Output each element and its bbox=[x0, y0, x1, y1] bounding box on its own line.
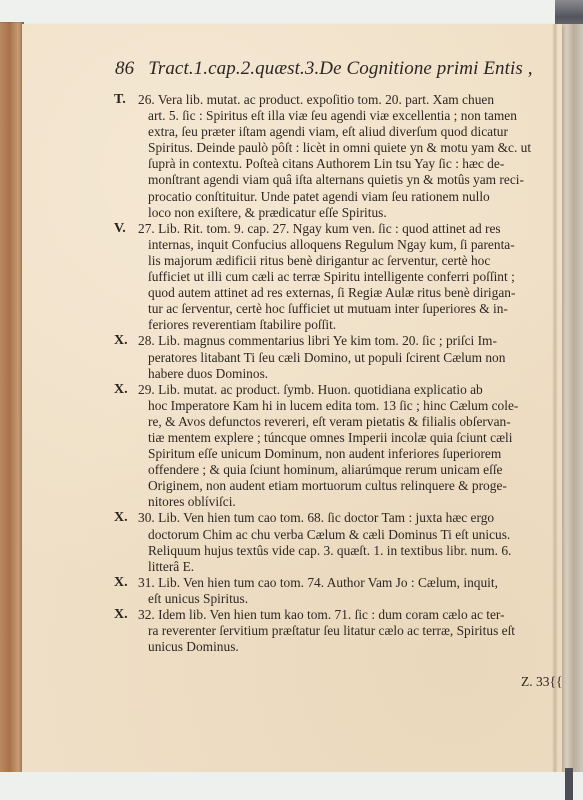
entry-line: ra reverenter ſervitium præſtatur ſeu li… bbox=[148, 623, 578, 639]
catchword: Z. 33{{ bbox=[521, 674, 562, 690]
scan-background-top bbox=[0, 0, 583, 24]
entry-line: ſufficiet ut illi cum cæli ac terræ Spir… bbox=[148, 269, 578, 285]
entry-32: X. 32. Idem lib. Ven hien tum kao tom. 7… bbox=[138, 607, 578, 655]
entry-line: eſt unicus Spiritus. bbox=[148, 591, 578, 607]
entry-line: 26. Vera lib. mutat. ac product. expoſit… bbox=[138, 92, 578, 108]
entry-marker: T. bbox=[114, 92, 126, 108]
entry-line: extra, ſeu præter iſtam agendi viam, eſt… bbox=[148, 124, 578, 140]
entry-26: T. 26. Vera lib. mutat. ac product. expo… bbox=[138, 92, 578, 221]
entry-line: art. 5. ſic : Spiritus eſt illa viæ ſeu … bbox=[148, 108, 578, 124]
entry-line: offendere ; & quia ſciunt hominum, aliar… bbox=[148, 462, 578, 478]
entry-line: litterâ E. bbox=[148, 559, 578, 575]
entry-line: Spiritus. Deinde paulò pôſt : licèt in o… bbox=[148, 140, 578, 156]
entry-line: habere duos Dominos. bbox=[148, 366, 578, 382]
entry-marker: X. bbox=[114, 607, 128, 623]
entry-29: X. 29. Lib. mutat. ac product. ſymb. Huo… bbox=[138, 382, 578, 511]
book-page-edges bbox=[0, 22, 24, 774]
scan-background-bottom bbox=[0, 772, 583, 800]
entry-30: X. 30. Lib. Ven hien tum cao tom. 68. ſi… bbox=[138, 510, 578, 574]
entry-line: loco non exiſtere, & prædicatur eſſe Spi… bbox=[148, 205, 578, 221]
entry-line: 31. Lib. Ven hien tum cao tom. 74. Autho… bbox=[138, 575, 578, 591]
entry-marker: X. bbox=[114, 333, 128, 349]
entry-marker: V. bbox=[114, 221, 126, 237]
entry-line: Spiritum eſſe unicum Dominum, non audent… bbox=[148, 446, 578, 462]
page-number: 86 bbox=[115, 58, 134, 79]
running-head-title: Tract.1.cap.2.quæst.3.De Cognitione prim… bbox=[148, 58, 532, 79]
entry-line: tiæ mentem explere ; túncque omnes Imper… bbox=[148, 430, 578, 446]
entry-line: 30. Lib. Ven hien tum cao tom. 68. ſic d… bbox=[138, 510, 578, 526]
entry-line: doctorum Chim ac chu verba Cælum & cæli … bbox=[148, 527, 578, 543]
entry-line: monſtrant agendi viam quâ iſta alternans… bbox=[148, 172, 578, 188]
running-head: 86Tract.1.cap.2.quæst.3.De Cognitione pr… bbox=[115, 58, 575, 80]
entry-line: 28. Lib. magnus commentarius libri Ye ki… bbox=[138, 333, 578, 349]
entry-line: feriores reverentiam ſtabilire poſſit. bbox=[148, 317, 578, 333]
entry-27: V. 27. Lib. Rit. tom. 9. cap. 27. Ngay k… bbox=[138, 221, 578, 334]
entry-line: peratores litabant Ti ſeu cæli Domino, u… bbox=[148, 350, 578, 366]
entry-line: Originem, non audent etiam mortuorum cul… bbox=[148, 478, 578, 494]
entry-line: tur ac ſerventur, certè hoc ſufficiet ut… bbox=[148, 301, 578, 317]
entry-line: re, & Avos defunctos revereri, eſt veram… bbox=[148, 414, 578, 430]
entry-line: nitores oblíviſci. bbox=[148, 494, 578, 510]
entry-line: 29. Lib. mutat. ac product. ſymb. Huon. … bbox=[138, 382, 578, 398]
entry-31: X. 31. Lib. Ven hien tum cao tom. 74. Au… bbox=[138, 575, 578, 607]
entry-line: Reliquum hujus textûs vide cap. 3. quæſt… bbox=[148, 543, 578, 559]
entry-line: hoc Imperatore Kam hi in lucem edita tom… bbox=[148, 398, 578, 414]
entry-line: internas, inquit Confucius alloquens Reg… bbox=[148, 237, 578, 253]
entry-28: X. 28. Lib. magnus commentarius libri Ye… bbox=[138, 333, 578, 381]
entry-marker: X. bbox=[114, 575, 128, 591]
entry-marker: X. bbox=[114, 510, 128, 526]
entry-line: 27. Lib. Rit. tom. 9. cap. 27. Ngay kum … bbox=[138, 221, 578, 237]
scan-edge-marker-bottom bbox=[565, 768, 573, 800]
entry-line: unicus Dominus. bbox=[148, 639, 578, 655]
entry-marker: X. bbox=[114, 382, 128, 398]
entry-line: lis majorum ædificii ritus benè dirigant… bbox=[148, 253, 578, 269]
entry-line: ſuprà in contextu. Poſteà citans Authore… bbox=[148, 156, 578, 172]
entry-line: procatio conſtituitur. Unde patet agendi… bbox=[148, 189, 578, 205]
entry-line: quod autem attinet ad res externas, ſi R… bbox=[148, 285, 578, 301]
page-body: T. 26. Vera lib. mutat. ac product. expo… bbox=[138, 92, 578, 655]
entry-line: 32. Idem lib. Ven hien tum kao tom. 71. … bbox=[138, 607, 578, 623]
